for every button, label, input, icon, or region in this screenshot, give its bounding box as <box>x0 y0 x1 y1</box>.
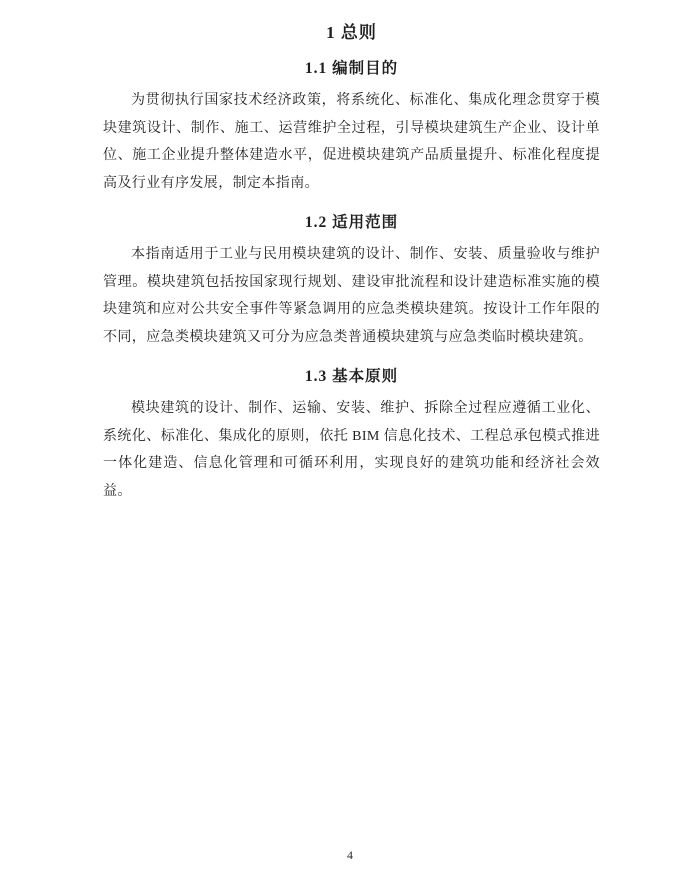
document-content: 1 总则 1.1 编制目的 为贯彻执行国家技术经济政策，将系统化、标准化、集成化… <box>0 0 700 505</box>
page-number: 4 <box>0 848 700 863</box>
section-paragraph-1-2: 本指南适用于工业与民用模块建筑的设计、制作、安装、质量验收与维护管理。模块建筑包… <box>103 241 600 351</box>
section-heading-1-2: 1.2 适用范围 <box>103 210 600 232</box>
section-heading-1-3: 1.3 基本原则 <box>103 364 600 386</box>
section-compilation-purpose: 1.1 编制目的 为贯彻执行国家技术经济政策，将系统化、标准化、集成化理念贯穿于… <box>103 56 600 197</box>
section-heading-1-1: 1.1 编制目的 <box>103 56 600 78</box>
section-basic-principles: 1.3 基本原则 模块建筑的设计、制作、运输、安装、维护、拆除全过程应遵循工业化… <box>103 364 600 505</box>
document-page: 1 总则 1.1 编制目的 为贯彻执行国家技术经济政策，将系统化、标准化、集成化… <box>0 0 700 877</box>
section-paragraph-1-1: 为贯彻执行国家技术经济政策，将系统化、标准化、集成化理念贯穿于模块建筑设计、制作… <box>103 87 600 197</box>
section-paragraph-1-3: 模块建筑的设计、制作、运输、安装、维护、拆除全过程应遵循工业化、系统化、标准化、… <box>103 395 600 505</box>
section-scope-of-application: 1.2 适用范围 本指南适用于工业与民用模块建筑的设计、制作、安装、质量验收与维… <box>103 210 600 351</box>
chapter-title: 1 总则 <box>103 18 600 43</box>
